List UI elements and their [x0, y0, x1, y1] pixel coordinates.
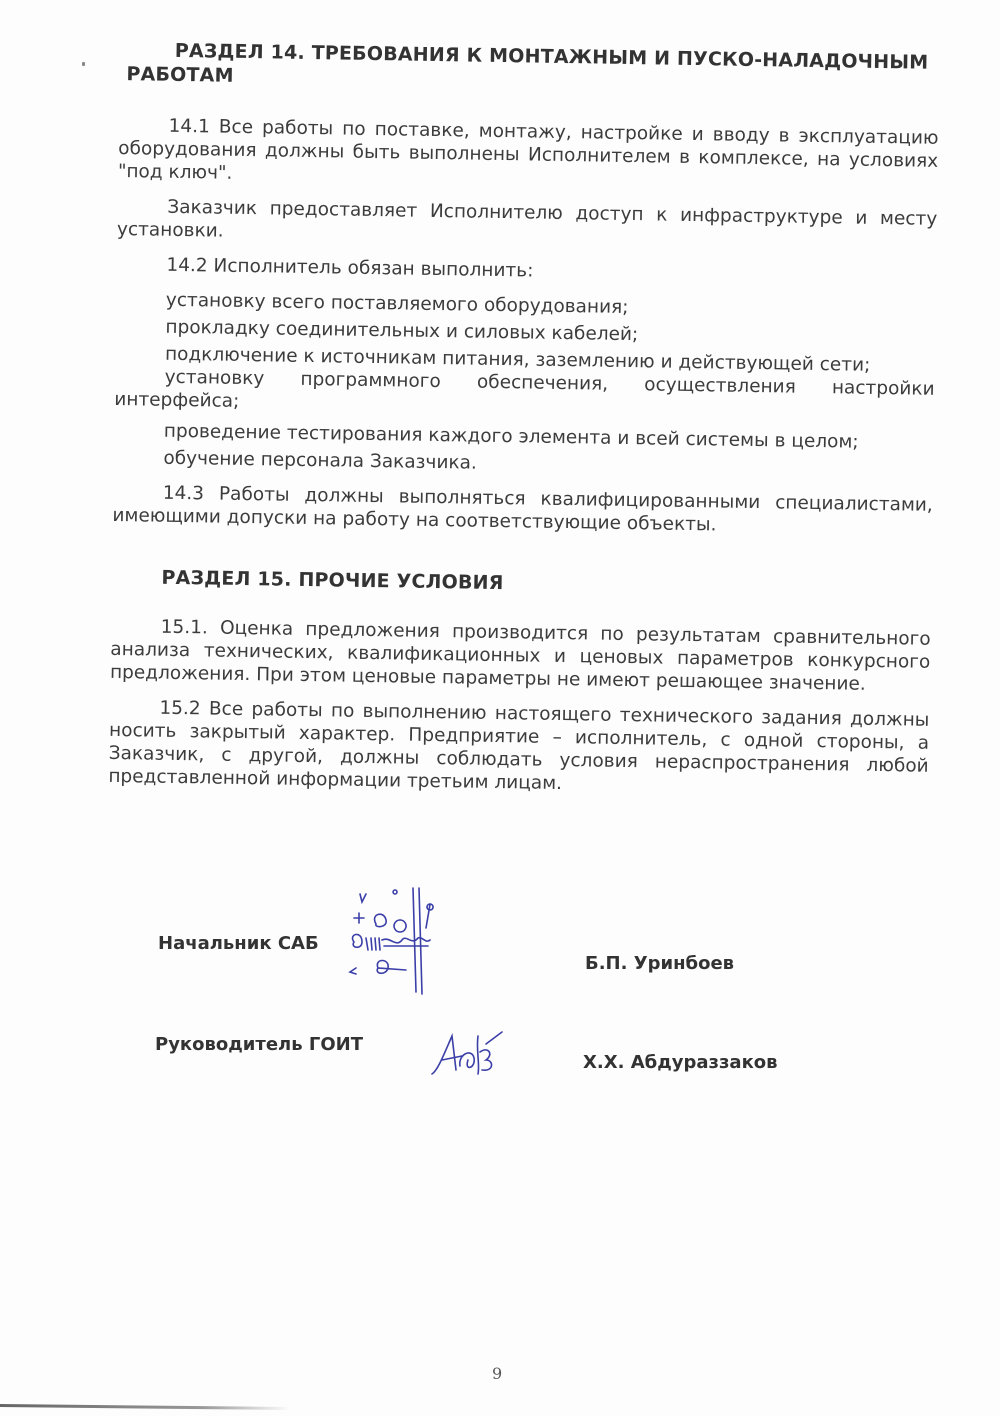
- document-body: РАЗДЕЛ 14. ТРЕБОВАНИЯ К МОНТАЖНЫМ И ПУСК…: [108, 38, 940, 801]
- page-number: 9: [492, 1364, 502, 1383]
- signature-1-icon: [340, 884, 450, 1004]
- signatory-2-position: Руководитель ГОИТ: [155, 1034, 363, 1055]
- signatory-2-name: Х.Х. Абдураззаков: [583, 1052, 778, 1073]
- signatory-1-position: Начальник САБ: [158, 933, 319, 954]
- scan-edge-shadow: [0, 1404, 290, 1410]
- paragraph-14-1: 14.1 Все работы по поставке, монтажу, на…: [118, 114, 939, 196]
- obligations-list: установку всего поставляемого оборудован…: [113, 288, 936, 482]
- signature-2-icon: [428, 1030, 510, 1080]
- scan-speck: [82, 62, 85, 66]
- paragraph-15-2: 15.2 Все работы по выполнению настоящего…: [108, 696, 929, 801]
- document-page: РАЗДЕЛ 14. ТРЕБОВАНИЯ К МОНТАЖНЫМ И ПУСК…: [0, 0, 1000, 1416]
- paragraph-15-1: 15.1. Оценка предложения производится по…: [110, 615, 931, 697]
- signatory-1-name: Б.П. Уринбоев: [585, 953, 734, 974]
